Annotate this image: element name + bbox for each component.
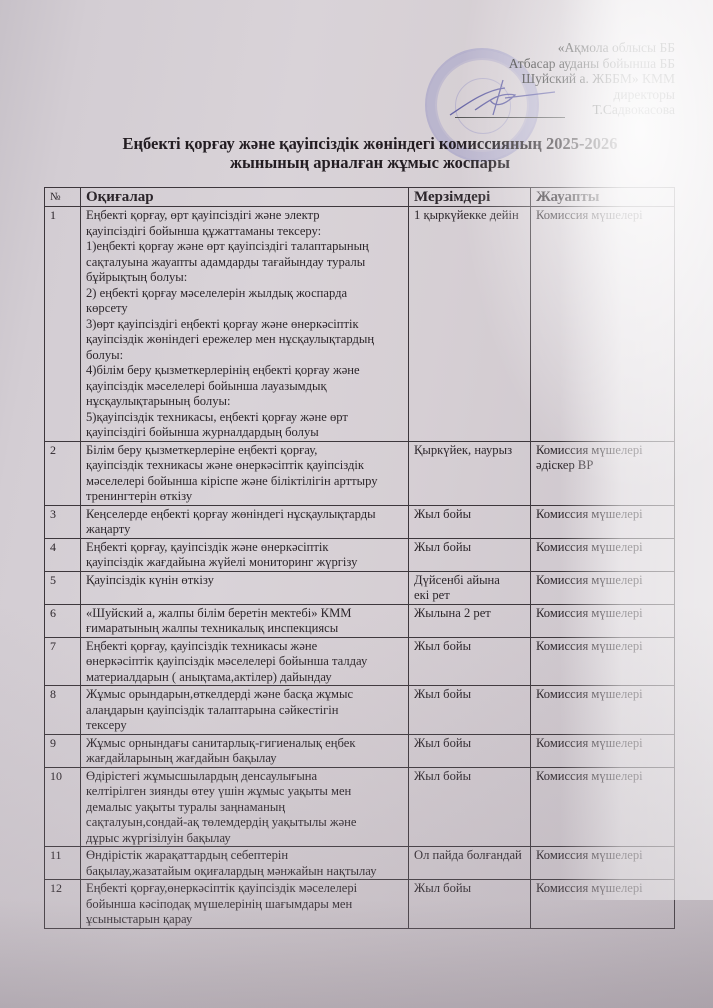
table-row: 9Жұмыс орнындағы санитарлық-гигиеналық е… [45,734,675,767]
row-event: Жұмыс орындарын,өткелдерді және басқа жұ… [81,686,409,735]
approval-block: «Ақмола облысы ББ Атбасар ауданы бойынша… [509,40,675,118]
table-body: 1Еңбекті қорғау, өрт қауіпсіздігі және э… [45,207,675,929]
row-responsible: Комиссия мүшелері [531,538,675,571]
approval-line: Атбасар ауданы бойынша ББ [509,56,675,72]
row-responsible: Комиссия мүшелері [531,207,675,442]
approval-line: Шуйский а. ЖББМ» КММ [509,71,675,87]
row-responsible: Комиссия мүшелері [531,686,675,735]
table-row: 6«Шуйский а, жалпы білім беретін мектебі… [45,604,675,637]
row-responsible: Комиссия мүшелері [531,637,675,686]
row-num: 2 [45,441,81,505]
title-line-1: Еңбекті қорғау және қауіпсіздік жөніндег… [60,134,680,153]
row-responsible: Комиссия мүшелері [531,880,675,929]
row-deadline: Жыл бойы [409,734,531,767]
title-line-2: жынының арналған жұмыс жоспары [60,153,680,172]
table-row: 12Еңбекті қорғау,өнеркәсіптік қауіпсізді… [45,880,675,929]
table-row: 2Білім беру қызметкерлеріне еңбекті қорғ… [45,441,675,505]
table-row: 11Өндірістік жарақаттардың себептерін ба… [45,847,675,880]
document-title: Еңбекті қорғау және қауіпсіздік жөніндег… [60,134,680,172]
row-responsible: Комиссия мүшелері [531,604,675,637]
row-num: 8 [45,686,81,735]
row-responsible: Комиссия мүшелері әдіскер ВР [531,441,675,505]
row-event: Өдірістегі жұмысшылардың денсаулығына ке… [81,767,409,847]
row-event: Еңбекті қорғау, қауіпсіздік техникасы жә… [81,637,409,686]
approval-line: директоры [509,87,675,103]
row-num: 10 [45,767,81,847]
row-responsible: Комиссия мүшелері [531,847,675,880]
row-num: 6 [45,604,81,637]
row-event: Жұмыс орнындағы санитарлық-гигиеналық ең… [81,734,409,767]
row-deadline: 1 қыркүйекке дейін [409,207,531,442]
header-responsible: Жауапты [531,188,675,207]
row-num: 1 [45,207,81,442]
work-plan-table: № Оқиғалар Мерзімдері Жауапты 1Еңбекті қ… [44,187,675,929]
approval-signer: Т.Садвокасова [509,102,675,118]
row-event: Еңбекті қорғау, қауіпсіздік және өнеркәс… [81,538,409,571]
row-deadline: Жыл бойы [409,686,531,735]
row-num: 9 [45,734,81,767]
row-num: 3 [45,505,81,538]
row-deadline: Ол пайда болғандай [409,847,531,880]
row-event: «Шуйский а, жалпы білім беретін мектебі»… [81,604,409,637]
row-deadline: Жыл бойы [409,637,531,686]
row-num: 12 [45,880,81,929]
row-event: Еңбекті қорғау, өрт қауіпсіздігі және эл… [81,207,409,442]
table-row: 7Еңбекті қорғау, қауіпсіздік техникасы ж… [45,637,675,686]
row-deadline: Жыл бойы [409,538,531,571]
row-responsible: Комиссия мүшелері [531,734,675,767]
row-responsible: Комиссия мүшелері [531,505,675,538]
header-deadline: Мерзімдері [409,188,531,207]
header-num: № [45,188,81,207]
row-num: 5 [45,571,81,604]
row-deadline: Жыл бойы [409,767,531,847]
table-row: 10Өдірістегі жұмысшылардың денсаулығына … [45,767,675,847]
table-row: 3Кеңселерде еңбекті қорғау жөніндегі нұс… [45,505,675,538]
table-row: 1Еңбекті қорғау, өрт қауіпсіздігі және э… [45,207,675,442]
row-num: 4 [45,538,81,571]
row-deadline: Жыл бойы [409,880,531,929]
table-row: 5Қауіпсіздік күнін өткізуДүйсенбі айына … [45,571,675,604]
approval-line: «Ақмола облысы ББ [509,40,675,56]
row-event: Қауіпсіздік күнін өткізу [81,571,409,604]
table-header-row: № Оқиғалар Мерзімдері Жауапты [45,188,675,207]
row-deadline: Жылына 2 рет [409,604,531,637]
row-num: 7 [45,637,81,686]
row-responsible: Комиссия мүшелері [531,767,675,847]
table-row: 8Жұмыс орындарын,өткелдерді және басқа ж… [45,686,675,735]
header-event: Оқиғалар [81,188,409,207]
row-deadline: Жыл бойы [409,505,531,538]
row-event: Білім беру қызметкерлеріне еңбекті қорға… [81,441,409,505]
row-event: Кеңселерде еңбекті қорғау жөніндегі нұсқ… [81,505,409,538]
row-event: Өндірістік жарақаттардың себептерін бақы… [81,847,409,880]
row-deadline: Қыркүйек, наурыз [409,441,531,505]
row-num: 11 [45,847,81,880]
row-responsible: Комиссия мүшелері [531,571,675,604]
row-deadline: Дүйсенбі айына екі рет [409,571,531,604]
table-row: 4Еңбекті қорғау, қауіпсіздік және өнеркә… [45,538,675,571]
row-event: Еңбекті қорғау,өнеркәсіптік қауіпсіздік … [81,880,409,929]
